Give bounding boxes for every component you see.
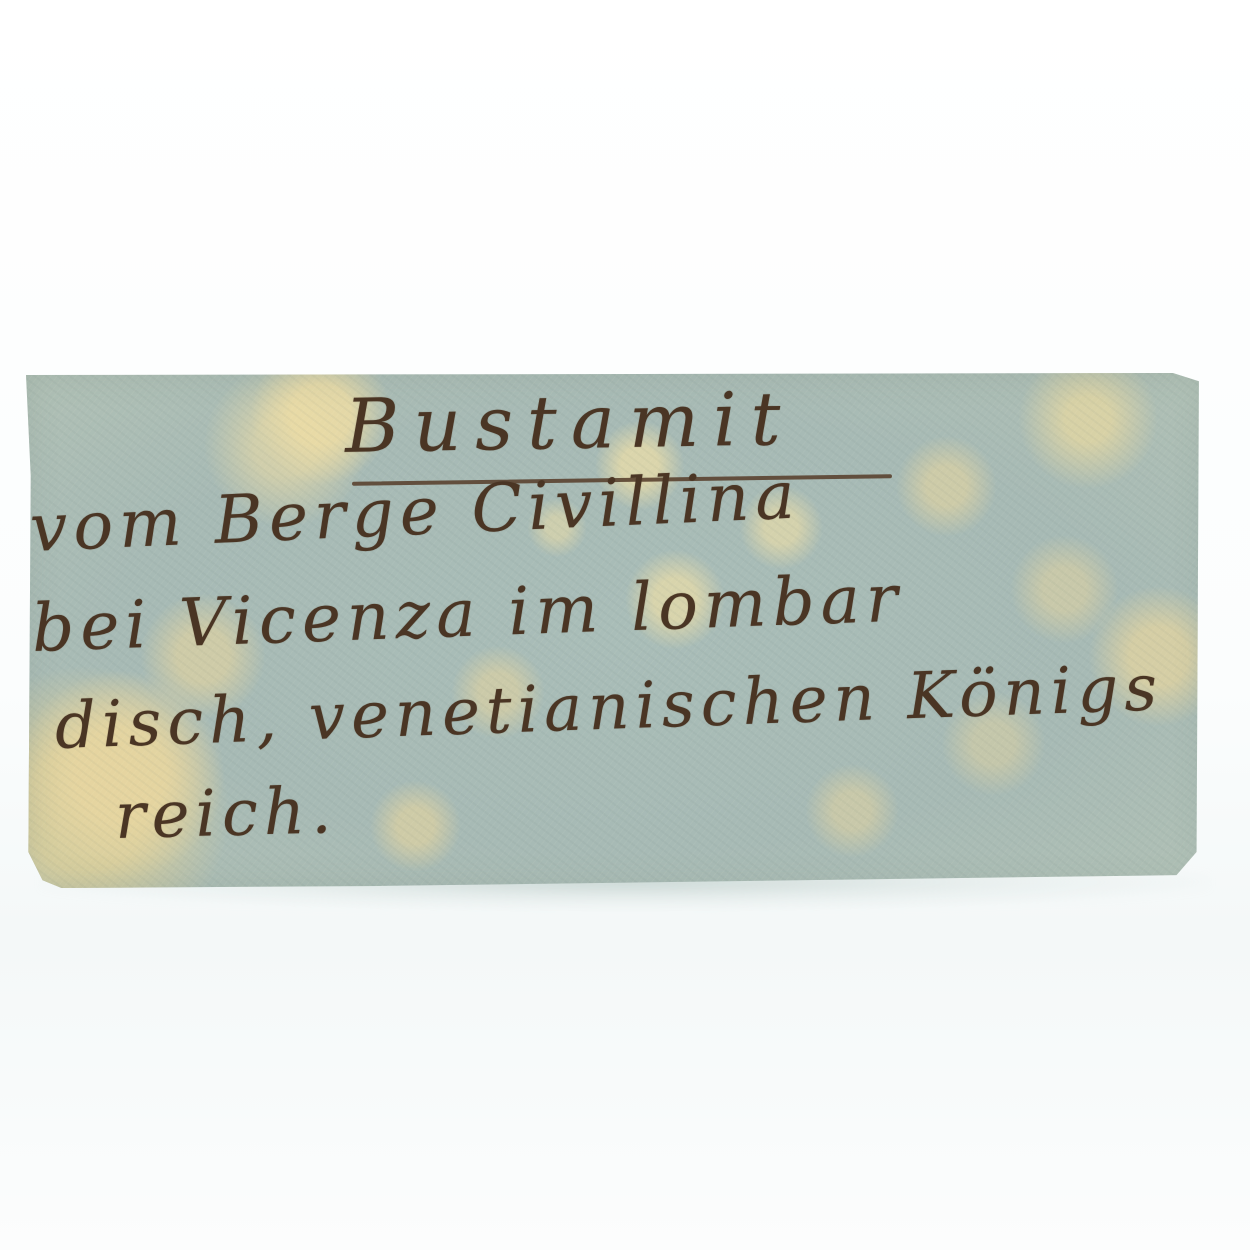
label-title: Bustamit (344, 376, 795, 470)
photo-background: Bustamit vom Berge Civillina bei Vicenza… (0, 0, 1250, 1250)
label-line-4: reich. (114, 774, 338, 854)
